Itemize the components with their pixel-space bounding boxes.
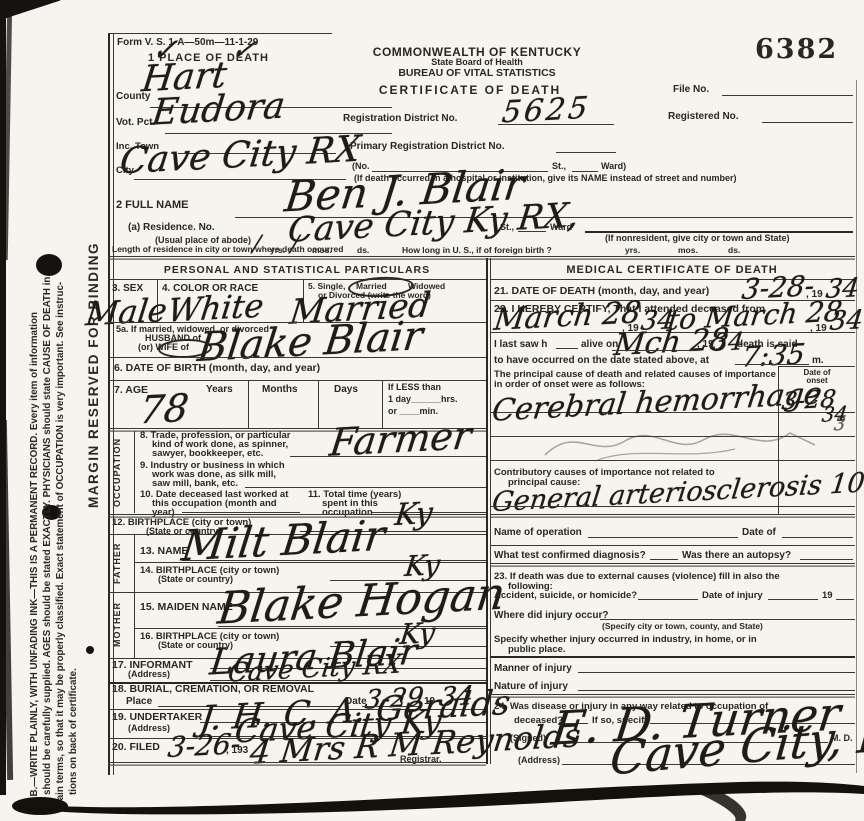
age-less-line1: If LESS than <box>388 383 441 392</box>
injury-date-label: Date of injury <box>702 591 763 601</box>
form-border-right <box>856 80 857 773</box>
signed-label: (Signed) <box>510 734 546 743</box>
nonresident-note: (If nonresident, give city or town and S… <box>605 234 790 243</box>
trade-value: Farmer <box>328 416 474 462</box>
reg-district-label: Registration District No. <box>343 114 457 125</box>
occupation-side-label: OCCUPATION <box>112 431 122 513</box>
father-side-label: FATHER <box>112 534 122 592</box>
personal-title-rule <box>108 279 486 280</box>
street-ward-line <box>572 171 598 172</box>
time-of-death-value: 7:35 <box>740 340 806 372</box>
filed-label: 20. FILED <box>112 742 160 753</box>
mother-name-value: Blake Hogan <box>215 572 507 631</box>
row-rule <box>490 656 855 658</box>
vot-pct-value: Eudora <box>150 88 287 131</box>
informant-addr-label: (Address) <box>128 670 170 679</box>
autopsy-label: Was there an autopsy? <box>682 551 791 562</box>
cell-divider <box>318 381 319 428</box>
undertaker-addr-label: (Address) <box>128 724 170 733</box>
primary-reg-label: Primary Registration District No. <box>350 142 504 153</box>
test-line <box>650 559 678 560</box>
certificate-serial: 6382 <box>755 36 838 64</box>
street-ward-paren: Ward) <box>601 162 626 171</box>
length-ds2-label: ds. <box>728 246 740 255</box>
dob-label: 6. DATE OF BIRTH (month, day, and year) <box>114 363 320 374</box>
test-label: What test confirmed diagnosis? <box>494 551 646 562</box>
injury-date-line <box>768 599 818 600</box>
residence-st-label: St., <box>500 223 514 232</box>
reg-district-value: 5625 <box>500 94 592 129</box>
father-name-value: Milt Blair <box>180 515 388 568</box>
time-line <box>735 364 809 365</box>
margin-note-line3: plain terms, so that it may be properly … <box>54 49 67 809</box>
registered-no-line <box>762 122 853 123</box>
autopsy-line <box>800 559 853 560</box>
nature-label: Nature of injury <box>494 682 568 693</box>
spouse-value: Blake Blair <box>196 316 425 368</box>
last-saw-label-a: I last saw h <box>494 340 547 351</box>
scan-bottom-shadow <box>0 772 864 821</box>
age-months-header: Months <box>262 385 298 396</box>
date-of-death-label: 21. DATE OF DEATH (month, day, and year) <box>494 286 709 297</box>
length-ds-label: ds. <box>357 246 369 255</box>
age-days-header: Days <box>334 385 358 396</box>
specify-label-2: public place. <box>508 645 566 655</box>
burial-label: 18. BURIAL, CREMATION, OR REMOVAL <box>112 684 314 695</box>
attended-to-year: 34 <box>828 307 864 335</box>
length-yrs-label: yrs. <box>270 246 285 255</box>
manner-line <box>578 672 855 673</box>
row-rule <box>490 563 855 564</box>
margin-binding-label: MARGIN RESERVED FOR BINDING <box>86 175 104 575</box>
street-st-label: St., <box>552 162 566 171</box>
length-yrs2-label: yrs. <box>625 246 640 255</box>
accident-line <box>638 599 698 600</box>
length-foreign-label: How long in U. S., if of foreign birth ? <box>402 246 552 255</box>
margin-note-line1: N. B.—WRITE PLAINLY, WITH UNFADING INK—T… <box>28 49 41 809</box>
where-injury-line <box>600 619 855 620</box>
row-rule <box>108 357 486 358</box>
injury-year-label: 19 <box>822 591 833 601</box>
bureau-subtitle: BUREAU OF VITAL STATISTICS <box>398 68 555 79</box>
occupation-box-line <box>134 431 135 513</box>
death-certificate-scan: N. B.—WRITE PLAINLY, WITH UNFADING INK—T… <box>0 0 864 821</box>
last-saw-blank <box>556 348 578 349</box>
section-divider <box>108 256 855 257</box>
operation-date-label: Date of <box>742 528 776 539</box>
faint-scrawl <box>535 415 825 465</box>
burial-place-label: Place <box>126 697 152 708</box>
cause-onset-extra: 3 <box>833 416 847 435</box>
age-value: 78 <box>138 389 191 430</box>
row-rule <box>490 545 855 546</box>
file-no-line <box>722 95 853 96</box>
residence-ward-label: Ward <box>550 223 572 232</box>
age-years-header: Years <box>206 385 233 396</box>
left-column-bottom-rule <box>108 762 486 763</box>
file-no-label: File No. <box>673 85 709 96</box>
form-border-left <box>108 33 110 775</box>
undertaker-label: 19. UNDERTAKER <box>112 712 202 723</box>
mother-side-label: MOTHER <box>112 592 122 658</box>
physician-addr-label: (Address) <box>518 756 560 765</box>
where-injury-sub: (Specify city or town, county, and State… <box>602 622 763 631</box>
margin-note: N. B.—WRITE PLAINLY, WITH UNFADING INK—T… <box>28 49 82 809</box>
contributory-line <box>490 506 855 507</box>
residence-ward-blank <box>518 231 546 232</box>
primary-reg-line <box>556 152 616 153</box>
trade-label-3: sawyer, bookkeeper, etc. <box>152 449 263 459</box>
margin-note-line2: should be carefully supplied. AGES shoul… <box>41 49 54 809</box>
industry-line <box>245 487 486 488</box>
row-rule <box>490 514 855 515</box>
cell-divider <box>248 381 249 428</box>
father-box-line <box>134 534 135 592</box>
age-less-line2: 1 day______hrs. <box>388 395 458 404</box>
operation-line <box>588 537 738 538</box>
margin-note-line4: tions on back of certificate. <box>67 49 80 809</box>
last-saw-line <box>612 350 694 351</box>
operation-label: Name of operation <box>494 528 582 539</box>
manner-label: Manner of injury <box>494 664 572 675</box>
length-mos2-label: mos. <box>678 246 698 255</box>
mother-box-line <box>134 592 135 658</box>
birthplace-value: Ky <box>393 499 434 531</box>
operation-date-line <box>782 537 853 538</box>
accident-label: Accident, suicide, or homicide? <box>494 591 637 601</box>
injury-year-line <box>836 599 854 600</box>
occurred-label: to have occurred on the date stated abov… <box>494 356 709 367</box>
where-injury-label: Where did injury occur? <box>494 611 608 622</box>
last-worked-line <box>182 512 300 513</box>
time-m-label: m. <box>812 356 824 367</box>
filed-year-prefix: , 193 <box>226 746 248 757</box>
residence-label: (a) Residence. No. <box>128 223 215 234</box>
onset-box-top <box>778 366 855 367</box>
ink-blot-3 <box>86 646 94 654</box>
registrar-label: Registrar. <box>400 755 442 764</box>
registered-no-label: Registered No. <box>668 112 739 123</box>
form-border-top <box>108 33 332 34</box>
industry-label-3: saw mill, bank, etc. <box>152 479 238 489</box>
length-mos-label: mos. <box>312 246 332 255</box>
length-label: Length of residence in city or town wher… <box>112 245 343 254</box>
full-name-label: 2 FULL NAME <box>116 200 189 212</box>
row-rule <box>108 380 486 381</box>
personal-title: PERSONAL AND STATISTICAL PARTICULARS <box>164 265 430 276</box>
